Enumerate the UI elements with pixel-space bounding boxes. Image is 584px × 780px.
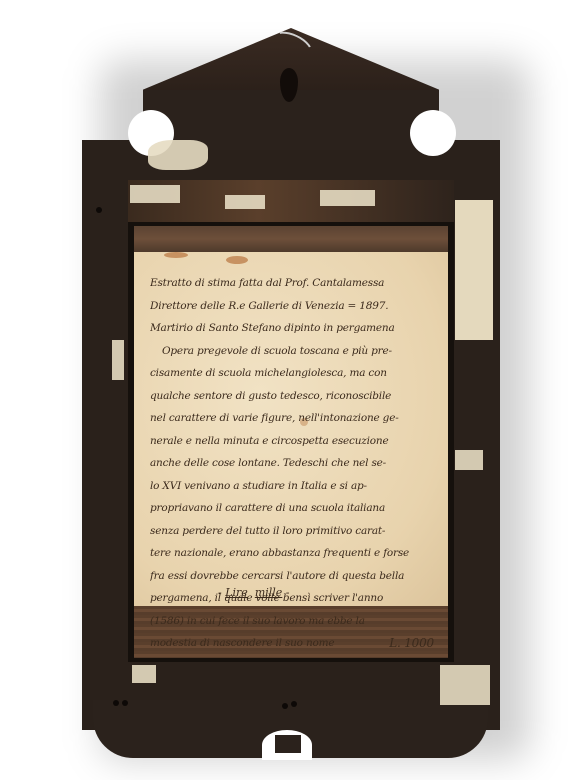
nail-hole bbox=[122, 700, 128, 706]
price-value: L. 1000 bbox=[389, 632, 434, 655]
paint-loss bbox=[320, 190, 375, 206]
paint-loss bbox=[112, 340, 124, 380]
paint-loss bbox=[440, 665, 490, 705]
paint-loss bbox=[130, 185, 180, 203]
note-line: nel carattere di varie figure, nell'into… bbox=[150, 407, 440, 430]
note-last-line: modestia di nascondere il suo nome L. 10… bbox=[150, 632, 440, 655]
nail-hole bbox=[96, 207, 102, 213]
foxing-stain bbox=[226, 256, 248, 264]
paint-loss bbox=[455, 450, 483, 470]
paint-loss bbox=[132, 665, 156, 683]
note-line: anche delle cose lontane. Tedeschi che n… bbox=[150, 452, 440, 475]
note-line: Martirio di Santo Stefano dipinto in per… bbox=[150, 317, 440, 340]
dash: - bbox=[282, 586, 289, 599]
nail-hole bbox=[113, 700, 119, 706]
crest-notch-right bbox=[410, 110, 456, 156]
note-line: Direttore delle R.e Gallerie di Venezia … bbox=[150, 295, 440, 318]
note-line: fra essi dovrebbe cercarsi l'autore di q… bbox=[150, 565, 440, 588]
note-line: lo XVI venivano a studiare in Italia e s… bbox=[150, 475, 440, 498]
amount-word-mille: mille bbox=[255, 586, 283, 599]
nail-hole bbox=[291, 701, 297, 707]
note-line: pergamena, il quale volle bensì scriver … bbox=[150, 587, 440, 610]
foxing-stain bbox=[164, 252, 188, 258]
note-line: Opera pregevole di scuola toscana e più … bbox=[150, 340, 440, 363]
note-line: modestia di nascondere il suo nome bbox=[150, 637, 334, 649]
note-line: senza perdere del tutto il loro primitiv… bbox=[150, 520, 440, 543]
note-line: (1586) in cui fece il suo lavoro ma ebbe… bbox=[150, 610, 440, 633]
frame-back: Estratto di stima fatta dal Prof. Cantal… bbox=[0, 0, 584, 780]
amount-word-lire: Lire bbox=[225, 586, 248, 599]
paint-loss-right-stile bbox=[455, 200, 493, 340]
paint-loss bbox=[225, 195, 265, 209]
note-line: qualche sentore di gusto tedesco, ricono… bbox=[150, 385, 440, 408]
amount-in-words: - Lire mille - bbox=[218, 586, 290, 599]
note-line: propriavano il carattere di una scuola i… bbox=[150, 497, 440, 520]
note-line: nerale e nella minuta e circospetta esec… bbox=[150, 430, 440, 453]
paint-loss bbox=[148, 140, 208, 170]
note-text: Estratto di stima fatta dal Prof. Cantal… bbox=[150, 272, 440, 655]
wood-strip-top bbox=[134, 226, 448, 252]
bottom-tab bbox=[275, 735, 301, 753]
note-line: Estratto di stima fatta dal Prof. Cantal… bbox=[150, 272, 440, 295]
note-line: tere nazionale, erano abbastanza frequen… bbox=[150, 542, 440, 565]
nail-hole bbox=[282, 703, 288, 709]
note-line: cisamente di scuola michelangiolesca, ma… bbox=[150, 362, 440, 385]
